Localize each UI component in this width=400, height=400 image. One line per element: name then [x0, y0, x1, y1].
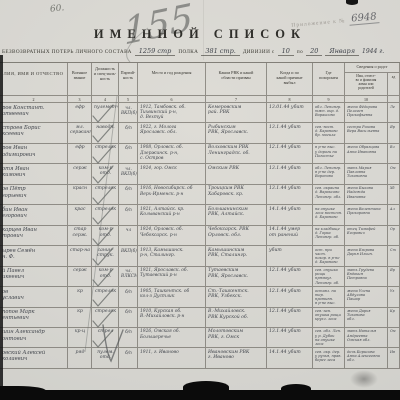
cell-duty: санин- струк. — [92, 246, 119, 266]
regiment-label: ПОЛКА — [178, 49, 198, 55]
cell-birth: 1908, Орловск. об. Дзержинск. р-н, с. Ос… — [138, 144, 206, 164]
cell-kin: жена Егорова Дарья Ильин. — [345, 246, 388, 266]
cell-kin: мать Грудева Евдокия Петровна — [345, 267, 388, 287]
cell-rank: красн — [68, 185, 92, 205]
cell-birth: 1916, Новосибирск. об Верх-Ирменск. р-н — [138, 185, 206, 205]
cell-duty: наводч. — [92, 123, 119, 143]
col-header-name: ЛИЯ, ИМЯ И ОТЧЕСТВО — [0, 63, 68, 96]
cell-party: ВКП(б) — [119, 246, 138, 266]
cell-party: б/п — [119, 123, 138, 143]
cell-grave: на опушке леса восточн. д. Бараново — [313, 205, 345, 225]
col-header-extra: ад — [388, 73, 400, 96]
col-number: 3 — [68, 96, 92, 103]
col-number: 9 — [313, 96, 345, 103]
col-header-duty: Должность и спец-иаль- ность — [92, 63, 119, 96]
casualty-table: ЛИЯ, ИМЯ И ОТЧЕСТВО Военное звание Должн… — [0, 62, 400, 369]
cell-birth: 1922, г. Молога Ярославск. обл. — [138, 123, 206, 143]
col-number: 10 — [345, 96, 388, 103]
cell-grave: ост. при част. похор. в р-не д. Бараново — [313, 246, 345, 266]
cell-grave: на кладбище д. Горка Ленингр. об. — [313, 226, 345, 246]
col-number: 4 — [92, 96, 119, 103]
col-header-kin: Имя, отчест- во и фамилия жены или родит… — [345, 73, 388, 96]
attachment-stamp: Приложение к № 6948 — [290, 6, 379, 32]
cell-party: б/п — [119, 287, 138, 307]
scanned-casualty-list-document: 60. 155 ИМЕННОЙ СПИСОК Приложение к № 69… — [0, 0, 400, 400]
cell-kin: жена Образцова Анна Ивановна — [345, 144, 388, 164]
cell-rvk: Троицким РВК Хабаровск. кр. — [206, 185, 267, 205]
scan-blob-top-right — [346, 0, 358, 5]
cell-fate: 13.01.44 убит — [267, 103, 313, 123]
cell-rank: крас — [68, 205, 92, 225]
cell-kin: жена Валентина Прохоровна — [345, 205, 388, 225]
cell-kin: отец Тимофей Егорович — [345, 226, 388, 246]
cell-grave: оставл. на тер. противн. в р-не выс. — [313, 287, 345, 307]
cell-birth: 1913, Камышинск. р-н, Сталингр. — [138, 246, 206, 266]
cell-fate: 12.1.44 убит — [267, 267, 313, 287]
cell-party: б/п — [119, 185, 138, 205]
cell-party: б/п — [119, 144, 138, 164]
cell-extra: Ст — [388, 246, 400, 266]
page-corner-number: 60. — [50, 3, 65, 14]
cell-fate: 14.1.44 умер от ранений — [267, 226, 313, 246]
cell-duty: стрелок — [92, 205, 119, 225]
col-header-party: Партий- ность — [119, 63, 138, 96]
cell-fate: 13.1.44 убит — [267, 185, 313, 205]
cell-name: овский Алексей колаевич — [0, 348, 68, 368]
cell-party: б/п — [119, 328, 138, 348]
cell-kin: мать Наталья Андреевна Омская обл. — [345, 328, 388, 348]
cell-extra: Ал — [388, 205, 400, 225]
cell-fate: 14.1.44 убит — [267, 348, 313, 368]
cell-kin: жена Фёдорова Пелагея Прокофьевна — [345, 103, 388, 123]
table-row: овский Алексей колаевичрядпулем. отд.б/п… — [0, 348, 400, 368]
cell-rank: серж — [68, 164, 92, 184]
period-year: 1944 г. — [362, 48, 384, 55]
cell-kin: дочь Борисова Анна Алексеевна обл. — [345, 348, 388, 368]
table-row: карцев Иван тровичстар серж.ком-р отд.чл… — [0, 226, 400, 246]
cell-rvk: Рыбинским РВК, Ярославск. — [206, 123, 267, 143]
cell-fate: 12.1.44 убит — [267, 308, 313, 328]
cell-party: чл. ВКП(б) — [119, 164, 138, 184]
cell-duty: ком-р отд. — [92, 164, 119, 184]
table-row: ров Иван адимировичефрстрелокб/п1908, Ор… — [0, 144, 400, 164]
col-header-rvk: Каким РВК и какой области призван — [206, 63, 267, 96]
regiment-number: 1259 стр — [135, 47, 176, 56]
table-row: бин Иван егоровичкрасстрелокб/п1921, Алт… — [0, 205, 400, 225]
col-number: 8 — [267, 96, 313, 103]
cell-rvk: Ивановским РВК г. Иваново — [206, 348, 267, 368]
cell-rvk: Камышинским РВК, Сталингр. — [206, 246, 267, 266]
col-number: 6 — [138, 96, 206, 103]
cell-party: б/п — [119, 348, 138, 368]
cell-duty: пулем. отд. — [92, 348, 119, 368]
pencil-smudge — [350, 370, 378, 388]
stamp-number: 6948 — [349, 11, 379, 26]
cell-name: шин Александр онтович — [0, 328, 68, 348]
table-rows: ров Констант. атвеевичефрпулеметч.чл. ВК… — [0, 103, 400, 369]
table-row: строев Борис ксеевичмл. сержантнаводч.б/… — [0, 123, 400, 143]
cell-grave: сев. окр. дер. у ручья, прав. берег леса — [313, 348, 345, 368]
cell-extra: Ом — [388, 164, 400, 184]
cell-rvk: Молотовским РВК, г. Омск — [206, 328, 267, 348]
cell-fate: 12.1.44 убит — [267, 144, 313, 164]
cell-duty: стрел — [92, 328, 119, 348]
cell-fate: убит — [267, 246, 313, 266]
col-header-fate: Когда и по какой причине выбыл — [267, 63, 313, 96]
document-subtitle: БЕЗВОЗВРАТНЫХ ПОТЕРЬ ЛИЧНОГО СОСТАВА 125… — [2, 47, 398, 56]
cell-kin: жена Дарья Тихонова обл. — [345, 308, 388, 328]
cell-name: ров Констант. атвеевич — [0, 103, 68, 123]
cell-rvk: Большанинским РВК, Алтайск. — [206, 205, 267, 225]
cell-rank: мл. сержант — [68, 123, 92, 143]
cell-duty: ком-р отд. — [92, 226, 119, 246]
cell-fate: 13.1.44 убит — [267, 164, 313, 184]
stamp-label: Приложение к № — [291, 18, 346, 29]
cell-birth: 1921, Ярославск. об. Тутаевский р-н — [138, 267, 206, 287]
cell-kin: сестра Розова Вера Васильевна — [345, 123, 388, 143]
cell-rank: ряд — [68, 348, 92, 368]
cell-fate: 12.1.44 убит — [267, 287, 313, 307]
cell-grave: обл. Ленингр. южн. окр. д. Вораксово — [313, 103, 345, 123]
cell-birth: 1921, Алтайск. кр. Колыванский р-н — [138, 205, 206, 225]
cell-name: ырев Семён н. Ф. — [0, 246, 68, 266]
cell-extra: Кр — [388, 308, 400, 328]
cell-rvk: Кемеровским рай. РВК — [206, 103, 267, 123]
col-header-grave: Где похоронен — [313, 63, 345, 96]
col-number: 5 — [119, 96, 138, 103]
period-po-label: по — [297, 49, 303, 55]
cell-grave: сев. окраина д. Вараксово Ленингр. обл. — [313, 185, 345, 205]
cell-grave: в р-не выс. у дороги на Погостье — [313, 144, 345, 164]
cell-extra: Ле — [388, 103, 400, 123]
cell-rank: стар серж. — [68, 226, 92, 246]
cell-party: б/п — [119, 308, 138, 328]
cell-name: карцев Иван трович — [0, 226, 68, 246]
cell-grave: сев. опушка рощи прямоуг. Ленингр. об. — [313, 267, 345, 287]
table-header: ЛИЯ, ИМЯ И ОТЧЕСТВО Военное звание Должн… — [0, 62, 400, 103]
period-from-day: 10 — [278, 47, 294, 56]
cell-rvk: Ст.-Ташкентск. РВК, Узбекск. — [206, 287, 267, 307]
cell-kin: жена Усена Абдулова Пашар — [345, 287, 388, 307]
paper-crease — [203, 0, 204, 60]
table-row: ырев Семён н. Ф.стар-насанин- струк.ВКП(… — [0, 246, 400, 266]
cell-name: ов уславич — [0, 287, 68, 307]
cell-kin: мать Мария Павловна Тихоновна — [345, 164, 388, 184]
pencil-scrawl-number: 155 — [123, 0, 193, 51]
cell-rvk: Тутаевским РВК, Ярославск. — [206, 267, 267, 287]
subtitle-prefix: БЕЗВОЗВРАТНЫХ ПОТЕРЬ ЛИЧНОГО СОСТАВА — [2, 49, 132, 55]
cell-extra: Вл — [388, 144, 400, 164]
cell-rank: ефр — [68, 144, 92, 164]
col-number: 7 — [206, 96, 267, 103]
cell-birth: 1924, Орловск. об. Чебоксарск. р-н — [138, 226, 206, 246]
table-row: ов уславичкрстрелокб/п1905, Ташкентск. о… — [0, 287, 400, 307]
cell-extra: Хб — [388, 185, 400, 205]
cell-party: чл. ВЛКСМ — [119, 267, 138, 287]
cell-birth: 1911, г. Иваново — [138, 348, 206, 368]
table-row: попов Марк ентьевичкрстрелокб/п1910, Кур… — [0, 308, 400, 328]
cell-duty: стрелок — [92, 308, 119, 328]
table-row: шин Александр онтовичкр-цстрелб/п1926, О… — [0, 328, 400, 348]
division-number: 381 стр. — [201, 47, 240, 56]
cell-birth: 1926, Омская об. Большеречье — [138, 328, 206, 348]
scan-edge-bottom — [0, 390, 400, 400]
cell-rvk: В.-Михайловск. РВК Курской об. — [206, 308, 267, 328]
cell-party: б/п — [119, 205, 138, 225]
col-header-kin-group: Сведения о родст — [345, 63, 400, 73]
cell-fate: 14.1.44 убит — [267, 205, 313, 225]
cell-rank: кр — [68, 308, 92, 328]
table-row: ов Пётр горьевичкраснстрелокб/п1916, Нов… — [0, 185, 400, 205]
division-label: ДИВИЗИИ с — [243, 49, 275, 55]
cell-name: й Павел икеевич — [0, 267, 68, 287]
cell-name: отя Иван кимович — [0, 164, 68, 184]
cell-duty: стрелок — [92, 185, 119, 205]
scan-edge-left — [0, 55, 3, 391]
cell-fate: 13.1.44 убит — [267, 123, 313, 143]
cell-extra: Ив — [388, 348, 400, 368]
cell-birth: 1905, Ташкентск. об кол-з Дустлик — [138, 287, 206, 307]
col-number — [388, 96, 400, 103]
cell-rvk: Волховским РВК Ленинградск. об. — [206, 144, 267, 164]
table-row: отя Иван кимовичсержком-р отд.чл. ВКП(б)… — [0, 164, 400, 184]
cell-grave: сев.-вост. д. Бараново бр. могила — [313, 123, 345, 143]
col-header-birth: Место и год рождения — [138, 63, 206, 96]
cell-name: попов Марк ентьевич — [0, 308, 68, 328]
col-number: 2 — [0, 96, 68, 103]
cell-rank: стар-на — [68, 246, 92, 266]
cell-grave: сев. обл. Лен. у р. Дубок на опушке леса — [313, 328, 345, 348]
cell-rvk: Омским РВК — [206, 164, 267, 184]
cell-extra: Ом — [388, 328, 400, 348]
cell-duty: стрелок — [92, 287, 119, 307]
cell-birth: 1910, Курская об. В.-Михайловск. р-н — [138, 308, 206, 328]
period-month: Января — [325, 47, 359, 56]
cell-duty: пулеметч. — [92, 103, 119, 123]
cell-grave: обл. Ленингр. в р-не дер. Вороново — [313, 164, 345, 184]
cell-rank: ефр — [68, 103, 92, 123]
table-row: ров Констант. атвеевичефрпулеметч.чл. ВК… — [0, 103, 400, 123]
table-row: й Павел икеевичсержком-р отд.чл. ВЛКСМ19… — [0, 267, 400, 287]
cell-extra: Уз — [388, 287, 400, 307]
cell-name: бин Иван егорович — [0, 205, 68, 225]
cell-duty: ком-р отд. — [92, 267, 119, 287]
cell-extra: Ор — [388, 226, 400, 246]
cell-duty: стрелок — [92, 144, 119, 164]
cell-rvk: Чебоксарск. РВК Орловск. обл. — [206, 226, 267, 246]
document-title: ИМЕННОЙ СПИСОК — [94, 27, 306, 42]
cell-birth: 1924, гор. Омск — [138, 164, 206, 184]
period-to-day: 20 — [306, 47, 322, 56]
cell-birth: 1912, Тамбовск. об. Тихвинский р-н, д. В… — [138, 103, 206, 123]
cell-kin: жена Быкова Надежда Ивановна — [345, 185, 388, 205]
cell-extra: Яр — [388, 123, 400, 143]
cell-name: ров Иван адимирович — [0, 144, 68, 164]
cell-name: ов Пётр горьевич — [0, 185, 68, 205]
cell-extra: Яр — [388, 267, 400, 287]
cell-name: строев Борис ксеевич — [0, 123, 68, 143]
cell-party: чл. ВКП(б) — [119, 103, 138, 123]
cell-rank: кр — [68, 287, 92, 307]
cell-grave: сев.-зап. опушка рощи кругл. леса — [313, 308, 345, 328]
cell-fate: 13.1.44 убит — [267, 328, 313, 348]
col-header-rank: Военное звание — [68, 63, 92, 96]
cell-party: чл — [119, 226, 138, 246]
cell-rank: кр-ц — [68, 328, 92, 348]
cell-rank: серж — [68, 267, 92, 287]
